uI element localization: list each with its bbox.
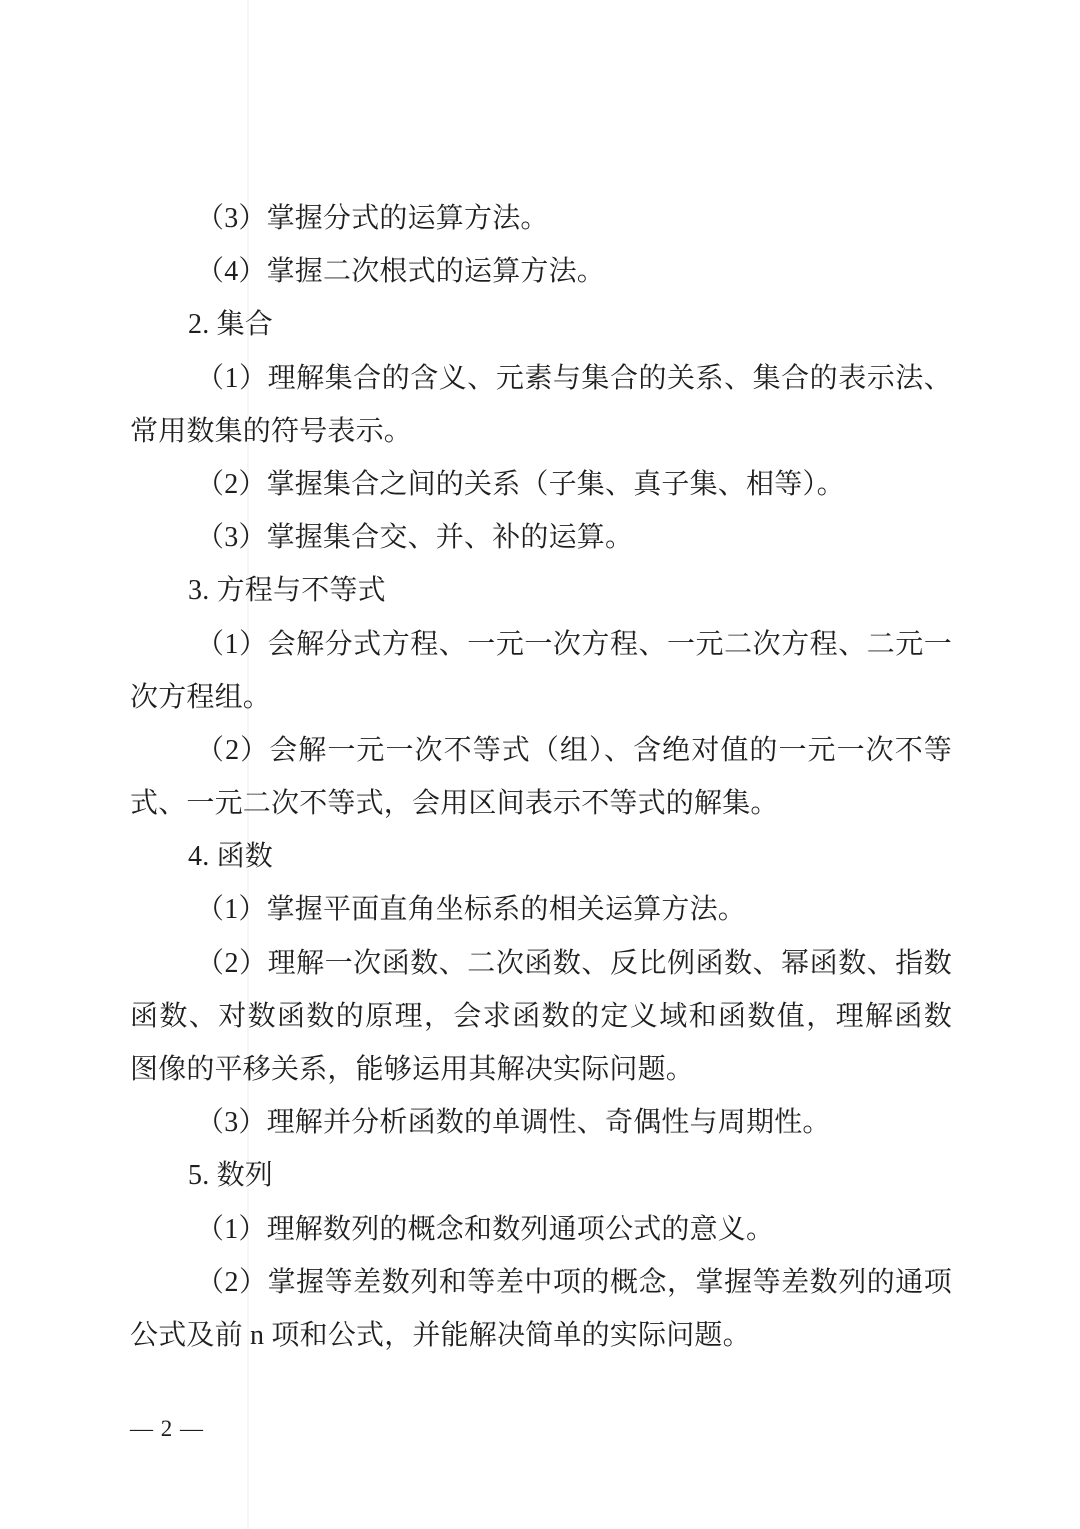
text-line: （1）掌握平面直角坐标系的相关运算方法。 [130,883,952,936]
text-line: 图像的平移关系，能够运用其解决实际问题。 [130,1043,952,1096]
section-heading-line: 4. 函数 [130,830,952,883]
text-line: 函数、对数函数的原理，会求函数的定义域和函数值，理解函数 [130,990,952,1043]
text-line: （2）会解一元一次不等式（组）、含绝对值的一元一次不等 [130,724,952,777]
text-line: （1）理解集合的含义、元素与集合的关系、集合的表示法、 [130,352,952,405]
text-line: （2）掌握集合之间的关系（子集、真子集、相等）。 [130,458,952,511]
text-line: （1）会解分式方程、一元一次方程、一元二次方程、二元一 [130,618,952,671]
section-heading-line: 3. 方程与不等式 [130,564,952,617]
document-body: （3）掌握分式的运算方法。（4）掌握二次根式的运算方法。2. 集合（1）理解集合… [130,192,952,1362]
text-line: （3）掌握集合交、并、补的运算。 [130,511,952,564]
text-line: （2）掌握等差数列和等差中项的概念，掌握等差数列的通项 [130,1256,952,1309]
text-line: （2）理解一次函数、二次函数、反比例函数、幂函数、指数 [130,937,952,990]
text-line: （4）掌握二次根式的运算方法。 [130,245,952,298]
text-line: 公式及前 n 项和公式，并能解决简单的实际问题。 [130,1309,952,1362]
text-line: （3）掌握分式的运算方法。 [130,192,952,245]
text-line: 常用数集的符号表示。 [130,405,952,458]
text-line: （3）理解并分析函数的单调性、奇偶性与周期性。 [130,1096,952,1149]
text-line: 式、一元二次不等式，会用区间表示不等式的解集。 [130,777,952,830]
section-heading-line: 5. 数列 [130,1149,952,1202]
text-line: （1）理解数列的概念和数列通项公式的意义。 [130,1203,952,1256]
document-page: （3）掌握分式的运算方法。（4）掌握二次根式的运算方法。2. 集合（1）理解集合… [0,0,1080,1529]
text-line: 次方程组。 [130,671,952,724]
page-number: — 2 — [130,1414,204,1444]
section-heading-line: 2. 集合 [130,298,952,351]
